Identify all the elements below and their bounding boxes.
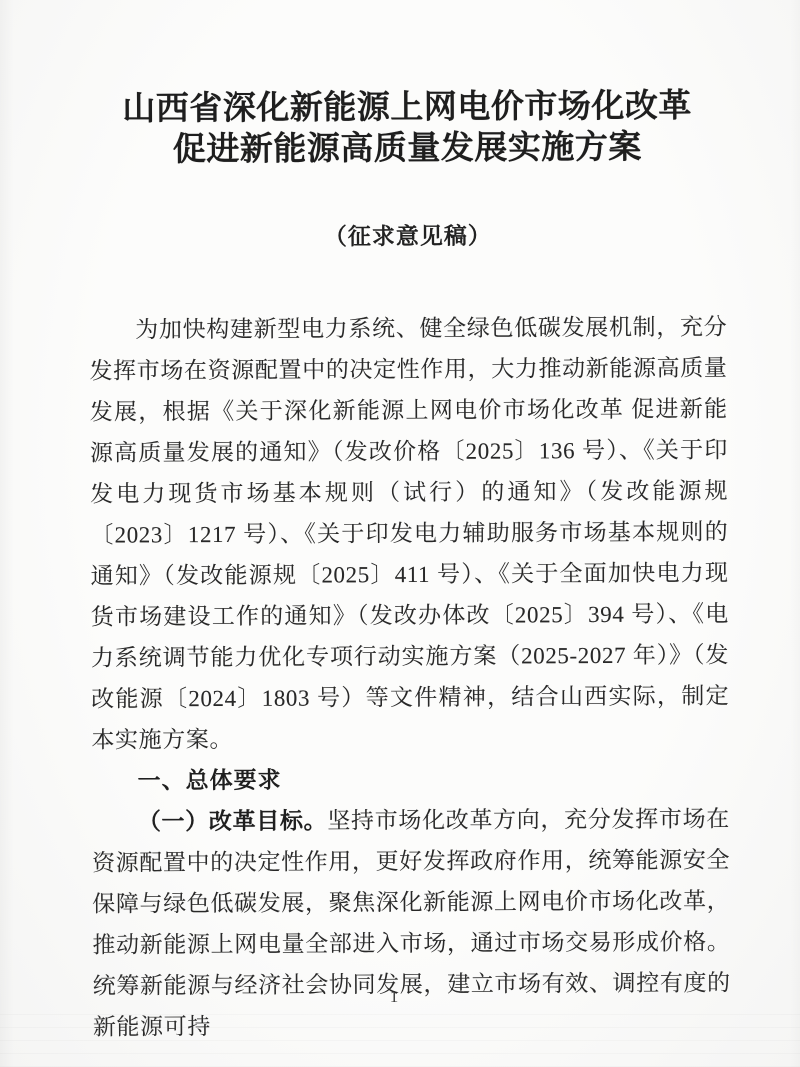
reform-goal-lead: （一）改革目标。 <box>138 808 328 834</box>
scanned-document-page: 山西省深化新能源上网电价市场化改革 促进新能源高质量发展实施方案 （征求意见稿）… <box>0 0 800 1067</box>
page-number: 1 <box>0 987 788 1007</box>
document-title-line1: 山西省深化新能源上网电价市场化改革 <box>88 86 726 130</box>
document-subtitle: （征求意见稿） <box>89 220 727 253</box>
page-content: 山西省深化新能源上网电价市场化改革 促进新能源高质量发展实施方案 （征求意见稿）… <box>88 86 731 1047</box>
intro-paragraph: 为加快构建新型电力系统、健全绿色低碳发展机制，充分发挥市场在资源配置中的决定性作… <box>89 306 729 760</box>
section-heading-general-requirements: 一、总体要求 <box>92 757 730 801</box>
reform-goal-paragraph: （一）改革目标。坚持市场化改革方向，充分发挥市场在资源配置中的决定性作用，更好发… <box>92 798 731 1047</box>
document-title-line2: 促进新能源高质量发展实施方案 <box>88 127 726 171</box>
document-title: 山西省深化新能源上网电价市场化改革 促进新能源高质量发展实施方案 <box>88 86 726 171</box>
